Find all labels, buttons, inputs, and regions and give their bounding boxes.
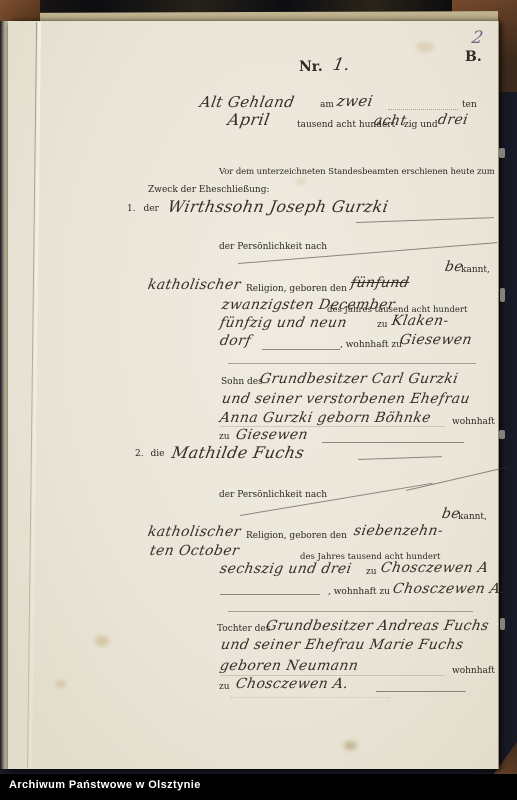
groom-residence: Giesewen xyxy=(399,332,474,348)
bride-identity-label: der Persönlichkeit nach xyxy=(219,490,327,500)
bride-religion: katholischer xyxy=(147,524,243,540)
page-edge-glint xyxy=(500,288,505,302)
groom-identity-label: der Persönlichkeit nach xyxy=(219,242,327,252)
foxing-spot xyxy=(56,680,66,688)
groom-zu-label: zu xyxy=(377,320,388,330)
foxing-spot xyxy=(95,636,109,646)
day-value: zwei xyxy=(335,92,374,110)
archival-scan: 2 B. Nr. 1. Alt Gehland am zwei ten Apri… xyxy=(0,0,517,800)
groom-name: Wirthssohn Joseph Gurzki xyxy=(166,197,390,216)
bride-birth-year: sechszig und drei xyxy=(219,561,353,577)
bride-birth-place: Chosczewen A xyxy=(380,560,490,576)
groom-parents-3: Anna Gurzki geborn Böhnke xyxy=(219,410,433,426)
section-letter: B. xyxy=(465,49,482,65)
groom-known-label: kannt, xyxy=(461,265,490,275)
groom-fill-line xyxy=(262,349,340,350)
groom-crossed-out-word: fünfund xyxy=(350,275,411,291)
groom-religion: katholischer xyxy=(147,277,243,293)
bride-fill-line xyxy=(220,594,320,595)
page-edge-glint xyxy=(500,618,505,630)
month-value: April xyxy=(226,110,271,129)
bride-parents-zu-label: zu xyxy=(219,682,230,692)
groom-resident-label: , wohnhaft zu xyxy=(340,340,402,350)
tens-hand-value: acht xyxy=(373,113,408,129)
intro-line1: Vor dem unterzeichneten Standesbeamten e… xyxy=(219,167,495,177)
bride-religion-label: Religion, geboren den xyxy=(246,531,347,541)
groom-descent-label: Sohn des xyxy=(221,377,263,387)
bride-name: Mathilde Fuchs xyxy=(170,443,306,462)
foxing-spot xyxy=(344,741,357,750)
bride-parents-2: und seiner Ehefrau Marie Fuchs xyxy=(220,637,465,653)
bride-parents-3: geboren Neumann xyxy=(219,658,360,674)
ten-suffix-label: ten xyxy=(462,100,477,110)
groom-parents-residence: Giesewen xyxy=(235,427,310,443)
record-number-value: 1. xyxy=(331,55,352,75)
bride-index-label: 2. die xyxy=(135,449,164,459)
page-edge-glint xyxy=(499,430,505,439)
foxing-spot xyxy=(416,42,434,52)
foxing-spot xyxy=(296,178,306,185)
year-value: drei xyxy=(437,112,470,128)
archive-watermark: Archiwum Państwowe w Olsztynie xyxy=(9,779,201,791)
groom-parents-resident-label: wohnhaft xyxy=(452,417,495,427)
bride-resident-label: , wohnhaft zu xyxy=(328,587,390,597)
groom-parents-1: Grundbesitzer Carl Gurzki xyxy=(259,371,460,387)
groom-index-label: 1. der xyxy=(127,204,159,214)
bride-parents-residence: Chosczewen A. xyxy=(235,676,350,692)
page-edge-glint xyxy=(499,148,505,158)
groom-religion-label: Religion, geboren den xyxy=(246,284,347,294)
bride-parents-resident-label: wohnhaft xyxy=(452,666,495,676)
groom-birth-place-1: Klaken- xyxy=(391,313,450,329)
bride-descent-label: Tochter des xyxy=(217,624,270,634)
bride-zu-label: zu xyxy=(366,567,377,577)
bride-residence: Chosczewen A. xyxy=(392,581,507,597)
groom-birth-year: fünfzig und neun xyxy=(219,315,349,331)
bride-birth-day-1: siebenzehn- xyxy=(353,523,445,539)
groom-parents-zu-label: zu xyxy=(219,432,230,442)
section-rule-2 xyxy=(228,611,473,612)
bride-parents-underline xyxy=(376,691,466,692)
groom-birth-place-2: dorf xyxy=(219,333,253,349)
intro-line2: Zweck der Eheschließung: xyxy=(148,185,270,195)
record-number-label: Nr. xyxy=(299,59,323,75)
faint-dotted-line xyxy=(230,697,390,698)
bride-known-label: kannt, xyxy=(458,512,487,522)
bride-parents-1: Grundbesitzer Andreas Fuchs xyxy=(265,618,491,634)
tens-suffix-label: zig und xyxy=(404,120,438,130)
groom-parents-underline xyxy=(322,442,464,443)
bride-birth-day-2: ten October xyxy=(149,543,241,559)
place-name: Alt Gehland xyxy=(198,93,296,111)
am-label: am xyxy=(320,100,334,110)
section-rule xyxy=(228,363,476,364)
groom-parents-2: und seiner verstorbenen Ehefrau xyxy=(221,391,472,407)
dotted-fill-line xyxy=(388,109,458,110)
